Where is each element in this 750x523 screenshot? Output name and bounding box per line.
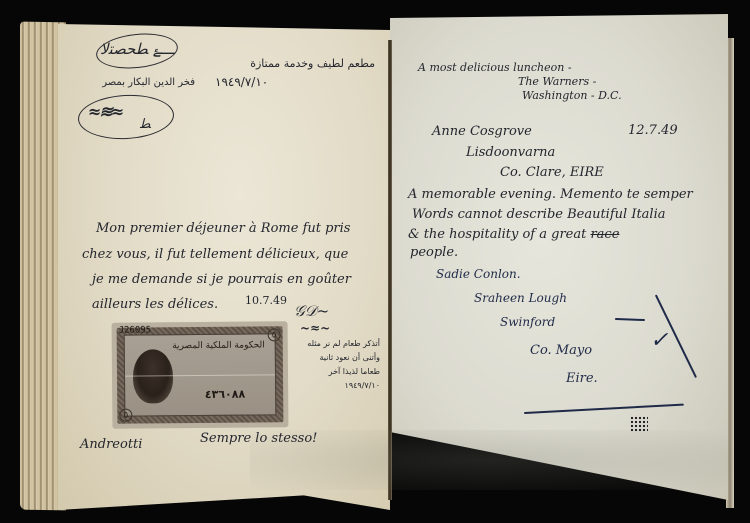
banknote-denomination-bottom: ٥: [119, 409, 132, 422]
arabic-note-line1: أتذكر طعام لم نر مثله: [290, 340, 380, 348]
cosgrove-name: Anne Cosgrove: [432, 125, 532, 138]
french-signature: 𝒢𝒟~: [294, 304, 329, 319]
warners-line3: Washington - D.C.: [522, 90, 622, 101]
conlon-line4: Co. Mayo: [530, 344, 592, 357]
sempre-lo-stesso: Sempre lo stesso!: [200, 432, 317, 445]
cosgrove-place2: Co. Clare, EIRE: [500, 166, 604, 179]
banknote-number: ٤٣٦٠٨٨: [205, 388, 245, 401]
conlon-line5: Eire.: [566, 372, 598, 385]
cosgrove-msg3-struck: race: [590, 227, 619, 242]
arabic-header-line2: فخر الدين البكار بمصر: [95, 78, 195, 88]
cosgrove-place1: Lisdoonvarna: [466, 146, 555, 159]
banknote-border: J26095 الحكومة الملكية المصرية ٤٣٦٠٨٨ ٥ …: [117, 326, 284, 423]
cosgrove-msg4: people.: [410, 246, 458, 259]
french-date: 10.7.49: [245, 295, 287, 306]
scribbled-signature: ≈≋≈: [88, 104, 122, 120]
warners-line2: The Warners -: [518, 76, 596, 87]
small-signature: ﻄ: [140, 118, 151, 131]
andreotti-signature: Andreotti: [80, 438, 142, 451]
banknote-serial: J26095: [119, 325, 152, 335]
arabic-note-line3: طعاما لذيذا آخر: [290, 368, 380, 376]
ink-specks: [630, 416, 648, 432]
arabic-note-line2: وأتنى أن نعود ثانية: [290, 354, 380, 362]
banknote-face: J26095 الحكومة الملكية المصرية ٤٣٦٠٨٨: [124, 333, 277, 416]
warners-line1: A most delicious luncheon -: [418, 62, 572, 73]
arabic-header-date: ١٩٤٩/٧/١٠: [215, 76, 285, 88]
egyptian-banknote: J26095 الحكومة الملكية المصرية ٤٣٦٠٨٨ ٥ …: [112, 321, 289, 429]
cosgrove-msg1: A memorable evening. Memento te semper: [408, 188, 693, 201]
banknote-denomination-top: ٥: [268, 328, 281, 341]
scribbled-mark: ✓: [650, 330, 668, 352]
photo-scene: ـــۓ ﻄﺤﺼﺘﻻ مطعم لطيف وخدمة ممتازة فخر ال…: [0, 0, 750, 523]
conlon-line3: Swinford: [500, 316, 555, 328]
cosgrove-msg2: Words cannot describe Beautiful Italia: [412, 208, 666, 221]
french-line1: Mon premier déjeuner à Rome fut pris: [96, 222, 350, 235]
banknote-issuer: الحكومة الملكية المصرية: [172, 340, 265, 351]
french-line2: chez vous, il fut tellement délicieux, q…: [82, 248, 348, 261]
french-line3: je me demande si je pourrais en goûter: [92, 273, 351, 286]
banknote-fold: [125, 374, 275, 376]
cosgrove-msg3-text: & the hospitality of a great: [408, 227, 586, 242]
arabic-header-line1: مطعم لطيف وخدمة ممتازة: [210, 58, 375, 69]
french-line4: ailleurs les délices.: [92, 298, 218, 311]
cosgrove-msg3: & the hospitality of a great race: [408, 228, 619, 241]
side-scribble: ~≈~: [300, 322, 330, 334]
conlon-line1: Sadie Conlon.: [436, 268, 521, 280]
arabic-signature: ـــۓ ﻄﺤﺼﺘﻻ: [100, 42, 175, 57]
page-shadow: [250, 430, 730, 490]
cosgrove-date: 12.7.49: [628, 124, 678, 137]
arabic-note-date: ١٩٤٩/٧/١٠: [290, 382, 380, 390]
conlon-line2: Sraheen Lough: [474, 292, 567, 304]
